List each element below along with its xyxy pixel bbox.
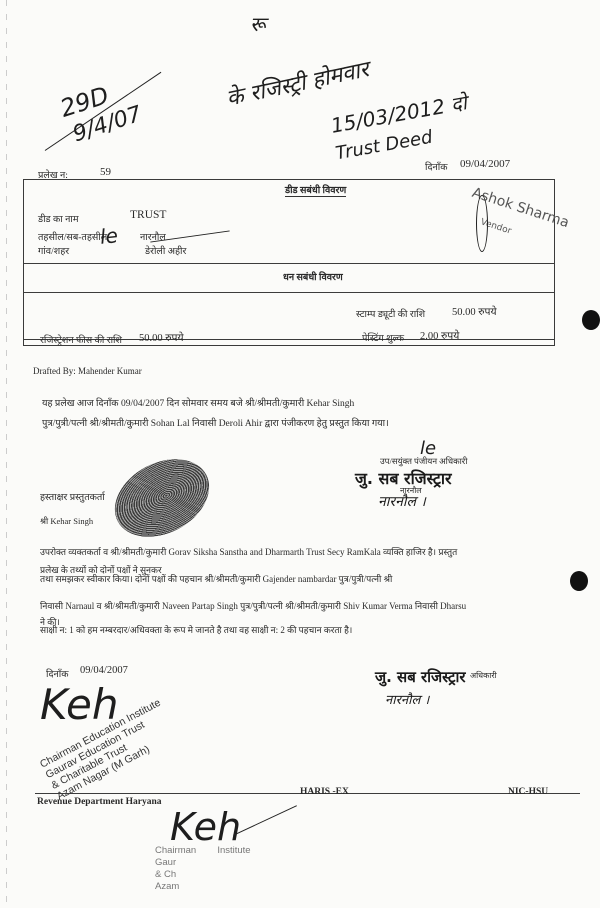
deed-name-value: TRUST [130, 209, 166, 221]
witness-line-2b: तथा समझकर स्वीकार किया। दोनों पक्षों की … [40, 572, 392, 585]
witness-line-4b: साक्षी न: 1 को हम नम्बरदार/अधिवक्ता के र… [40, 623, 352, 636]
closing-date-label: दिनाँक [46, 667, 69, 680]
thumbprint [101, 444, 222, 553]
footer-center: HARIS -EX [300, 787, 349, 797]
vendor-signature-loop [476, 195, 488, 252]
deed-name-label: डीड का नाम [38, 212, 79, 225]
bottom-faded-stamp: Chairman Institute Gaur & Ch Azam [155, 845, 251, 893]
bottom-stamp-line-1: Chairman [155, 845, 196, 856]
bottom-stamp-line-2: Gaur [155, 857, 251, 869]
drafted-by: Drafted By: Mahender Kumar [33, 366, 142, 376]
officer-stamp-place: नारनौल । [378, 492, 426, 511]
money-details-box [23, 263, 555, 346]
header-date-value: 09/04/2007 [460, 158, 510, 170]
header-date-label: दिनाँक [425, 160, 448, 173]
scan-edge [6, 0, 7, 908]
punch-hole-1 [582, 310, 600, 330]
document-number-value: 59 [100, 166, 111, 178]
bottom-signature-keh: Keh [170, 805, 241, 849]
deed-section-title: डीड सबंधी विवरण [285, 183, 346, 197]
handwritten-signature-fele: le [99, 223, 119, 249]
presentation-line-2: पुत्र/पुत्री/पत्नी श्री/श्रीमती/कुमारी S… [42, 416, 389, 429]
footer-left: Revenue Department Haryana [37, 797, 162, 807]
presenter-signature-label: हस्ताक्षर प्रस्तुतकर्ता [40, 490, 105, 503]
officer-title: उप/सयुंक्त पंजीयन अधिकारी [380, 456, 468, 467]
bottom-stamp-line-1-tail: Institute [217, 845, 250, 856]
tehsil-label: तहसील/सब-तहसील [38, 230, 107, 243]
handwritten-top-mark: रू [250, 10, 266, 37]
bottom-stamp-line-4: Azam [155, 881, 251, 893]
witness-line-1: उपरोक्त व्यक्तकर्ता व श्री/श्रीमती/कुमार… [40, 545, 457, 558]
signature-keh: Keh [40, 680, 119, 729]
village-value: डेरोली अहीर [145, 244, 186, 257]
footer-right: NIC-HSU [508, 787, 548, 797]
closing-date-value: 09/04/2007 [80, 665, 128, 676]
bottom-stamp-line-3: & Ch [155, 869, 251, 881]
punch-hole-2 [570, 571, 588, 591]
closing-officer-place: नारनौल । [385, 690, 429, 708]
closing-officer-title: अधिकारी [470, 670, 497, 681]
presentation-line-1: यह प्रलेख आज दिनाँक 09/04/2007 दिन सोमवा… [42, 396, 354, 409]
witness-line-3: निवासी Narnaul व श्री/श्रीमती/कुमारी Nav… [40, 599, 466, 612]
handwritten-center-note-1: के रजिस्ट्री होमवार [223, 53, 371, 112]
village-label: गांव/शहर [38, 244, 69, 257]
presenter-name: श्री Kehar Singh [40, 516, 93, 527]
bottom-signature-stroke [233, 805, 297, 835]
closing-officer-stamp: जु. सब रजिस्ट्रार [375, 667, 466, 687]
